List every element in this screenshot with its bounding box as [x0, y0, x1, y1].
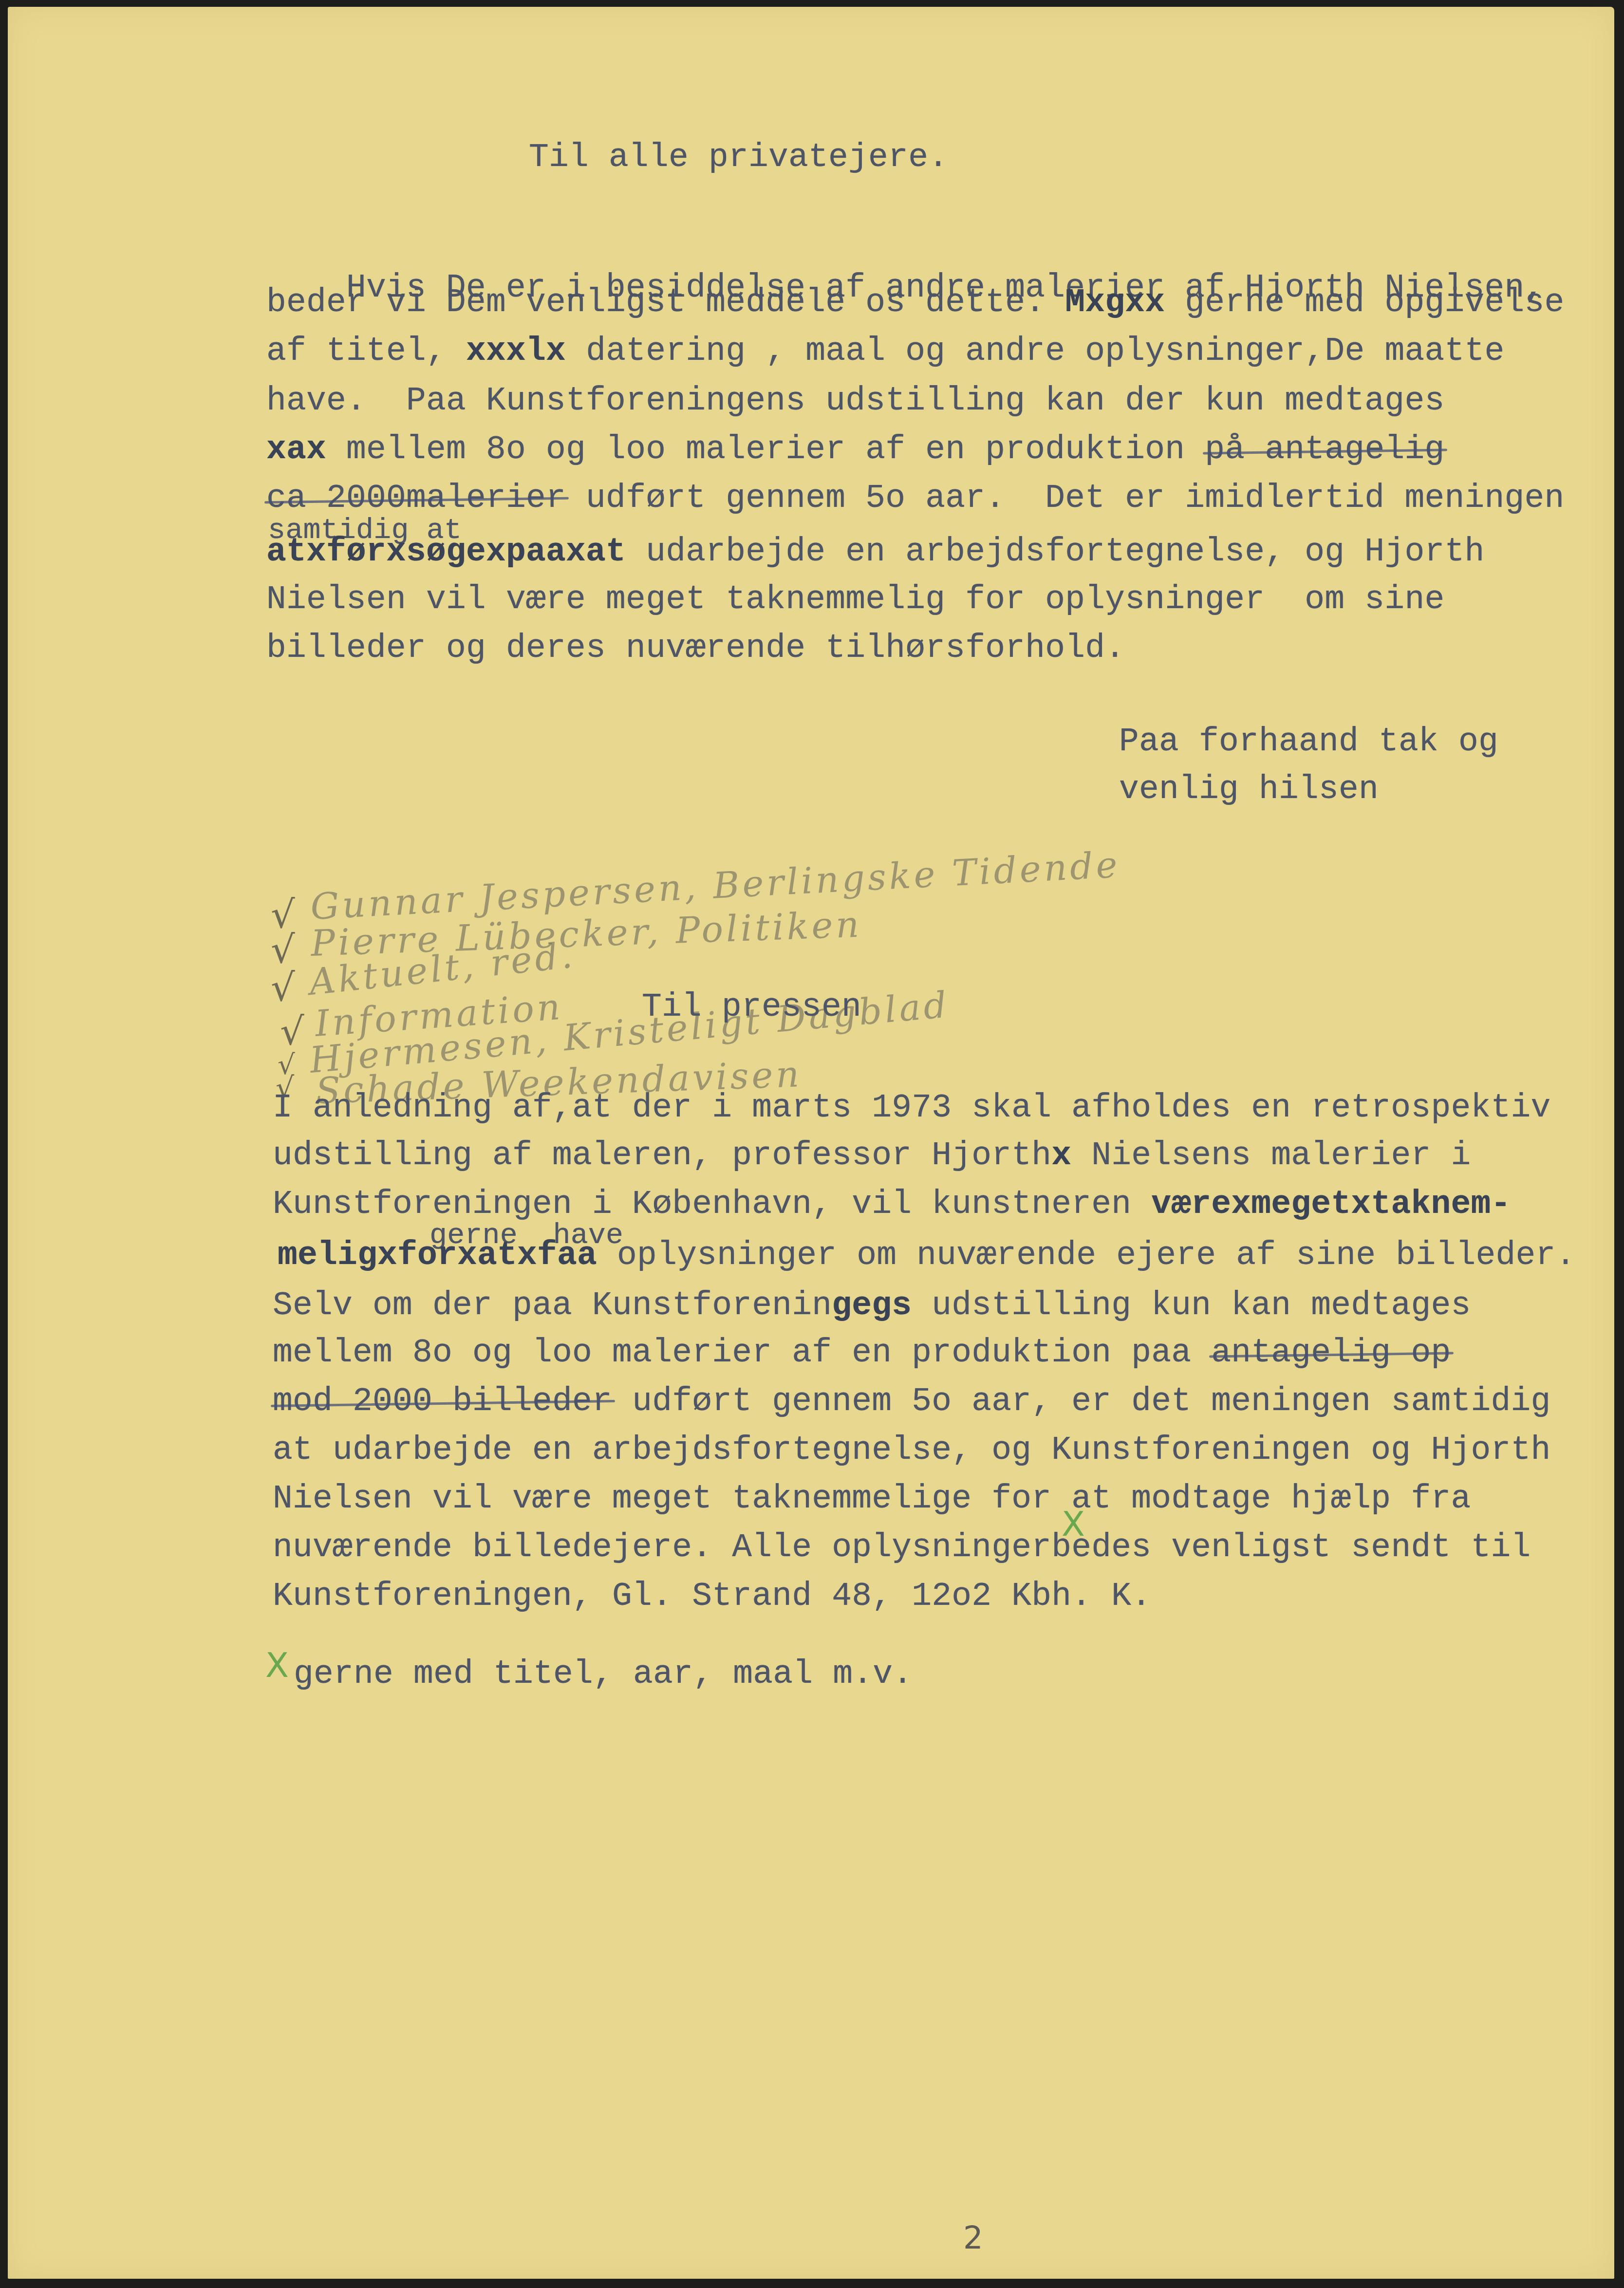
- checkmark-icon: √: [280, 1013, 304, 1051]
- line-text: I anledning af,at der i marts 1973 skal …: [273, 1089, 1550, 1127]
- line-text: datering , maal og andre oplysninger,De …: [566, 333, 1504, 370]
- overstruck-text: meligxforxatxfaa: [278, 1237, 597, 1274]
- struck-text: mod 2000 billeder: [273, 1383, 612, 1420]
- section1-title: Til alle privatejere.: [529, 141, 948, 174]
- section2-line-7: mod 2000 billeder udført gennem 5o aar, …: [273, 1385, 1550, 1418]
- page-number: 2: [963, 2220, 983, 2256]
- line-text: beder vi Dem venligst meddele os dette.: [266, 284, 1065, 321]
- section1-line-6: ca 2000malerier udført gennem 5o aar. De…: [266, 482, 1564, 515]
- overstruck-text: Mxgxx: [1065, 284, 1185, 321]
- overstruck-text: værexmegetxtaknem-: [1151, 1186, 1511, 1223]
- line-text: af titel,: [266, 333, 466, 370]
- line-text: udstilling kun kan medtages: [912, 1287, 1471, 1324]
- struck-text: antagelig op: [1211, 1334, 1451, 1372]
- footnote-mark-icon: X: [265, 1648, 289, 1682]
- section2-line-4: meligxforxatxfaa oplysninger om nuværend…: [278, 1239, 1575, 1272]
- line-text: mellem 8o og loo malerier af en produkti…: [326, 431, 1205, 468]
- section2-line-8: at udarbejde en arbejdsfortegnelse, og K…: [273, 1434, 1550, 1467]
- line-text: bedes venligst sendt til: [1051, 1529, 1531, 1566]
- line-text: Nielsen vil være meget taknemmelig for o…: [266, 581, 1444, 618]
- overstruck-text: atxførxsøgexpaaxat: [266, 533, 626, 571]
- line-text: Kunstforeningen i København, vil kunstne…: [273, 1186, 1151, 1223]
- section2-line-1: I anledning af,at der i marts 1973 skal …: [273, 1092, 1550, 1125]
- line-text: udført gennem 5o aar, er det meningen sa…: [612, 1383, 1550, 1420]
- section2-title: Til pressen: [642, 991, 861, 1024]
- line-text: udarbejde en arbejdsfortegnelse, og Hjor…: [626, 533, 1484, 571]
- line-text: Kunstforeningen, Gl. Strand 48, 12o2 Kbh…: [273, 1578, 1151, 1615]
- section1-line-3: af titel, xxxlx datering , maal og andre…: [266, 335, 1504, 368]
- section2-line-3: Kunstforeningen i København, vil kunstne…: [273, 1188, 1511, 1221]
- line-text: billeder og deres nuværende tilhørsforho…: [266, 630, 1125, 667]
- checkmark-icon: √: [271, 969, 295, 1007]
- line-text: gerne med opgivelse: [1185, 284, 1564, 321]
- section1-line-8: Nielsen vil være meget taknemmelig for o…: [266, 583, 1444, 616]
- overstruck-text: x: [1051, 1137, 1071, 1174]
- section2-line-6: mellem 8o og loo malerier af en produkti…: [273, 1337, 1451, 1370]
- section1-line-2: beder vi Dem venligst meddele os dette. …: [266, 286, 1564, 319]
- line-text: nuværende billedejere. Alle oplysninger: [273, 1529, 1051, 1566]
- section1-line-5: xax mellem 8o og loo malerier af en prod…: [266, 433, 1444, 466]
- overstruck-text: gegs: [832, 1287, 912, 1324]
- section1-line-7: atxførxsøgexpaaxat udarbejde en arbejdsf…: [266, 536, 1484, 569]
- line-text: oplysninger om nuværende ejere af sine b…: [597, 1237, 1575, 1274]
- line-text: Nielsen vil være meget taknemmelige for …: [273, 1480, 1471, 1518]
- section2-line-9: Nielsen vil være meget taknemmelige for …: [273, 1483, 1471, 1516]
- line-text: udført gennem 5o aar. Det er imidlertid …: [566, 480, 1564, 517]
- section2-line-5: Selv om der paa Kunstforeningegs udstill…: [273, 1289, 1471, 1322]
- overstruck-text: xxxlx: [466, 333, 566, 370]
- closing-line-1: Paa forhaand tak og: [1119, 725, 1498, 759]
- footnote-text: gerne med titel, aar, maal m.v.: [294, 1658, 913, 1691]
- section2-line-2: udstilling af maleren, professor Hjorthx…: [273, 1139, 1471, 1172]
- closing-line-2: venlig hilsen: [1119, 773, 1379, 806]
- section1-line-4: have. Paa Kunstforeningens udstilling ka…: [266, 385, 1444, 418]
- insertion-mark-icon: X: [1062, 1507, 1085, 1541]
- checkmark-icon: √: [271, 931, 295, 969]
- line-text: at udarbejde en arbejdsfortegnelse, og K…: [273, 1432, 1550, 1469]
- scanned-page: Til alle privatejere. Hvis De er i besid…: [0, 0, 1624, 2288]
- struck-text: på antagelig: [1205, 431, 1444, 468]
- section2-line-10: nuværende billedejere. Alle oplysningerb…: [273, 1531, 1531, 1564]
- section1-line-9: billeder og deres nuværende tilhørsforho…: [266, 632, 1125, 665]
- struck-text: ca 2000malerier: [266, 480, 566, 517]
- line-text: Selv om der paa Kunstforenin: [273, 1287, 832, 1324]
- line-text: have. Paa Kunstforeningens udstilling ka…: [266, 382, 1444, 420]
- line-text: Nielsens malerier i: [1071, 1137, 1471, 1174]
- line-text: udstilling af maleren, professor Hjorth: [273, 1137, 1051, 1174]
- overstruck-text: xax: [266, 431, 326, 468]
- line-text: mellem 8o og loo malerier af en produkti…: [273, 1334, 1211, 1372]
- section2-line-11: Kunstforeningen, Gl. Strand 48, 12o2 Kbh…: [273, 1580, 1151, 1613]
